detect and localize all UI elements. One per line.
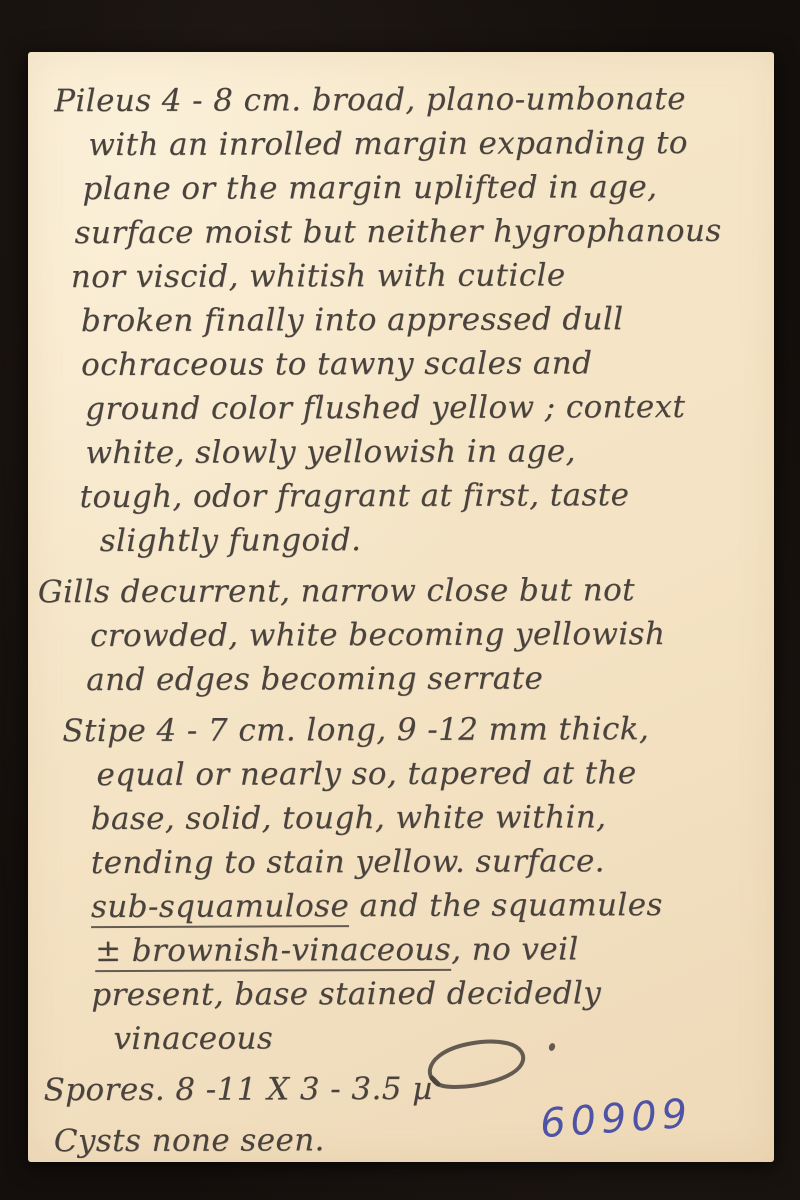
handwritten-line: and edges becoming serrate (86, 656, 774, 702)
note-text: Pileus 4 - 8 cm. broad, plano-umbonatewi… (26, 77, 776, 1171)
handwritten-line: tending to stain yellow. surface. (91, 839, 775, 885)
text-segment: crowded, white becoming yellowish (90, 616, 665, 654)
handwritten-line: equal or nearly so, tapered at the (96, 751, 774, 797)
handwritten-line: ochraceous to tawny scales and (81, 341, 773, 387)
handwritten-line: base, solid, tough, white within, (91, 795, 775, 841)
text-segment: Pileus 4 - 8 cm. broad, plano-umbonate (54, 81, 686, 119)
handwritten-line: present, base stained decidedly (91, 971, 775, 1017)
text-segment: white, slowly yellowish in age, (85, 433, 576, 471)
spore-sketch-icon (424, 1034, 574, 1094)
text-segment: with an inrolled margin expanding to (88, 125, 688, 163)
handwritten-line: white, slowly yellowish in age, (85, 429, 773, 475)
handwritten-line: plane or the margin uplifted in age, (82, 165, 772, 211)
text-segment: slightly fungoid. (100, 522, 362, 559)
handwritten-line: Pileus 4 - 8 cm. broad, plano-umbonate (54, 77, 772, 124)
text-segment: nor viscid, whitish with cuticle (71, 257, 566, 295)
text-segment: Cysts none seen. (54, 1122, 325, 1159)
specimen-note-card: Pileus 4 - 8 cm. broad, plano-umbonatewi… (28, 52, 774, 1162)
paragraph-gills: Gills decurrent, narrow close but notcro… (28, 568, 774, 703)
text-segment: tending to stain yellow. surface. (91, 843, 605, 881)
text-segment: ± brownish-vinaceous (95, 932, 451, 972)
text-segment: ground color flushed yellow ; context (85, 389, 685, 427)
text-segment: broken finally into appressed dull (81, 301, 624, 339)
handwritten-line: crowded, white becoming yellowish (90, 612, 774, 658)
text-segment: sub-squamulose (91, 888, 349, 928)
text-segment: vinaceous (113, 1020, 273, 1057)
handwritten-line: broken finally into appressed dull (81, 297, 773, 343)
handwritten-line: slightly fungoid. (100, 517, 774, 563)
text-segment: Gills decurrent, narrow close but not (38, 572, 635, 610)
text-segment: Spores. 8 -11 X 3 - 3.5 µ (44, 1071, 433, 1108)
handwritten-line: Stipe 4 - 7 cm. long, 9 -12 mm thick, (62, 707, 774, 753)
text-segment: Stipe 4 - 7 cm. long, 9 -12 mm thick, (62, 711, 649, 749)
text-segment: plane or the margin uplifted in age, (82, 169, 657, 207)
text-segment: ochraceous to tawny scales and (81, 345, 592, 383)
handwritten-line: nor viscid, whitish with cuticle (71, 253, 773, 299)
text-segment: base, solid, tough, white within, (91, 799, 607, 837)
handwritten-line: ± brownish-vinaceous, no veil (95, 927, 775, 973)
handwritten-line: sub-squamulose and the squamules (91, 883, 775, 929)
paragraph-stipe: Stipe 4 - 7 cm. long, 9 -12 mm thick,equ… (28, 707, 775, 1062)
handwritten-line: surface moist but neither hygrophanous (75, 209, 773, 255)
text-segment: tough, odor fragrant at first, taste (79, 477, 629, 515)
handwritten-line: tough, odor fragrant at first, taste (79, 473, 773, 519)
text-segment: equal or nearly so, tapered at the (96, 755, 636, 793)
text-segment: , no veil (451, 931, 579, 967)
text-segment: and edges becoming serrate (86, 661, 543, 699)
text-segment: and the squamules (349, 887, 663, 924)
handwritten-line: ground color flushed yellow ; context (85, 385, 773, 431)
handwritten-line: with an inrolled margin expanding to (88, 121, 772, 167)
text-segment: present, base stained decidedly (91, 975, 601, 1013)
text-segment: surface moist but neither hygrophanous (75, 213, 722, 251)
paragraph-pileus: Pileus 4 - 8 cm. broad, plano-umbonatewi… (26, 77, 774, 564)
handwritten-line: Gills decurrent, narrow close but not (38, 568, 774, 615)
